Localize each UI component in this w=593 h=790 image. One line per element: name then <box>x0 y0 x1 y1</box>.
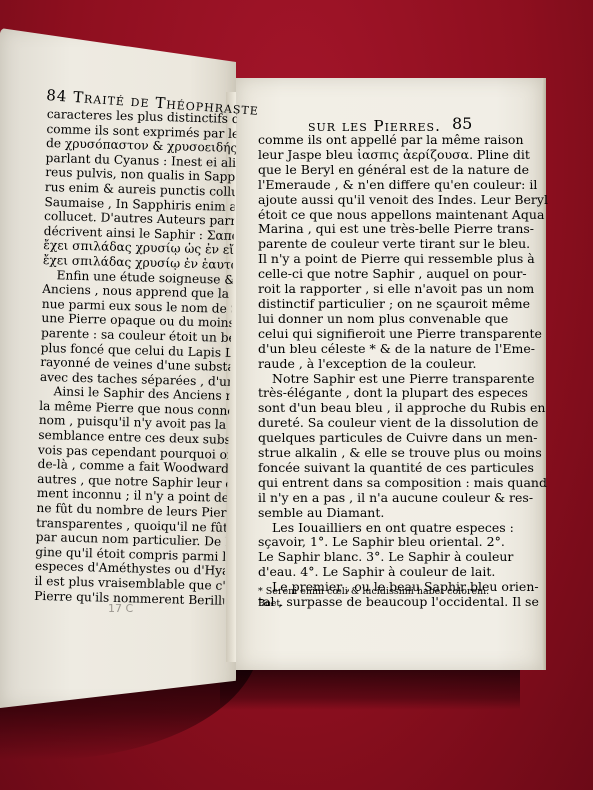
text-line: d'un bleu céleste * & de la nature de l'… <box>258 342 550 357</box>
pencil-mark: 17 C <box>108 602 133 615</box>
text-line: celui qui signifieroit une Pierre transp… <box>258 327 550 342</box>
text-line: sont d'un beau bleu , il approche du Rub… <box>258 401 550 416</box>
text-line: parente de couleur verte tirant sur le b… <box>258 237 550 252</box>
text-line: sçavoir, 1°. Le Saphir bleu oriental. 2°… <box>258 535 550 550</box>
text-line: qui entrent dans sa composition : mais q… <box>258 476 550 491</box>
text-line: Les Iouailliers en ont quatre especes : <box>258 521 550 536</box>
text-line: il n'y en a pas , il n'a aucune couleur … <box>258 491 550 506</box>
text-line: Notre Saphir est une Pierre transparente <box>258 372 550 387</box>
text-line: semble au Diamant. <box>258 506 550 521</box>
text-line: roit la rapporter , si elle n'avoit pas … <box>258 282 550 297</box>
book-scene: 84 Traité de Théophraste caracteres les … <box>0 0 593 790</box>
text-line: ajoute aussi qu'il venoit des Indes. Leu… <box>258 193 550 208</box>
text-line: l'Emeraude , & n'en differe qu'en couleu… <box>258 178 550 193</box>
footnote: * Sereni enim cœli & lucidissimi habet c… <box>258 586 489 610</box>
text-line: dureté. Sa couleur vient de la dissoluti… <box>258 416 550 431</box>
text-line: d'eau. 4°. Le Saphir à couleur de lait. <box>258 565 550 580</box>
footnote-line: Boet. <box>258 598 489 610</box>
left-page-text: caracteres les plus distinctifs de ces P… <box>34 107 237 608</box>
text-line: raude , à l'exception de la couleur. <box>258 357 550 372</box>
text-line: strue alkalin , & elle se trouve plus ou… <box>258 446 550 461</box>
text-line: distinctif particulier ; on ne sçauroit … <box>258 297 550 312</box>
text-line: foncée suivant la quantité de ces partic… <box>258 461 550 476</box>
text-line: très-élégante , dont la plupart des espe… <box>258 386 550 401</box>
text-line: étoit ce que nous appellons maintenant A… <box>258 208 550 223</box>
text-line: que le Beryl en général est de la nature… <box>258 163 550 178</box>
text-line: lui donner un nom plus convenable que <box>258 312 550 327</box>
footnote-line: * Sereni enim cœli & lucidissimi habet c… <box>258 586 489 598</box>
text-line: leur Jaspe bleu ἰασπις ἀερίζουσα. Pline … <box>258 148 550 163</box>
text-line: Le Saphir blanc. 3°. Le Saphir à couleur <box>258 550 550 565</box>
left-page-number: 84 <box>46 86 68 105</box>
text-line: comme ils ont appellé par la même raison <box>258 133 550 148</box>
right-page-number: 85 <box>452 114 472 133</box>
text-line: celle-ci que notre Saphir , auquel on po… <box>258 267 550 282</box>
right-page-text: comme ils ont appellé par la même raison… <box>258 133 550 610</box>
text-line: Marina , qui est une très-belle Pierre t… <box>258 222 550 237</box>
text-line: quelques particules de Cuivre dans un me… <box>258 431 550 446</box>
text-line: Il n'y a point de Pierre qui ressemble p… <box>258 252 550 267</box>
